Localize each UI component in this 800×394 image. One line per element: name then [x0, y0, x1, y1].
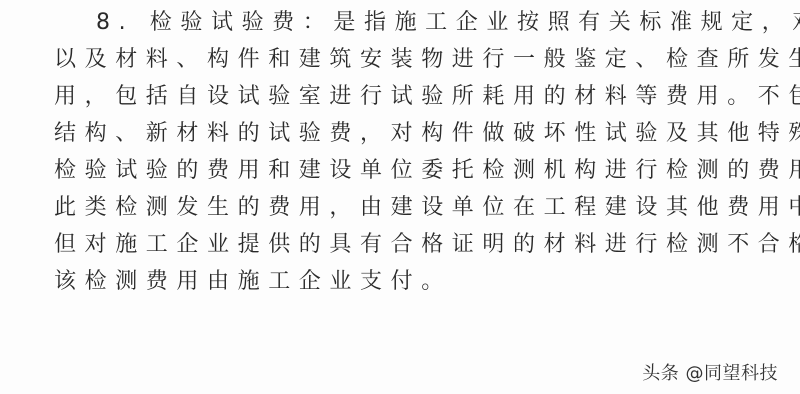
document-paragraph: 8. 检验试验费：是指施工企业按照有关标准规定，对建筑 以及材料、构件和建筑安装… — [54, 4, 714, 300]
paragraph-line-8: 该检测费用由施工企业支付。 — [54, 263, 714, 300]
document-page: 8. 检验试验费：是指施工企业按照有关标准规定，对建筑 以及材料、构件和建筑安装… — [0, 0, 800, 394]
paragraph-line-6: 此类检测发生的费用，由建设单位在工程建设其他费用中列支。 — [54, 189, 714, 226]
source-watermark: 头条 @同望科技 — [642, 359, 778, 385]
paragraph-line-7: 但对施工企业提供的具有合格证明的材料进行检测不合格的， — [54, 226, 714, 263]
paragraph-line-2: 以及材料、构件和建筑安装物进行一般鉴定、检查所发生的费 — [54, 41, 714, 78]
paragraph-line-1: 8. 检验试验费：是指施工企业按照有关标准规定，对建筑 — [54, 4, 714, 41]
paragraph-line-5: 检验试验的费用和建设单位委托检测机构进行检测的费用，对 — [54, 152, 714, 189]
paragraph-line-3: 用，包括自设试验室进行试验所耗用的材料等费用。不包括新 — [54, 78, 714, 115]
paragraph-line-4: 结构、新材料的试验费，对构件做破坏性试验及其他特殊要求 — [54, 115, 714, 152]
